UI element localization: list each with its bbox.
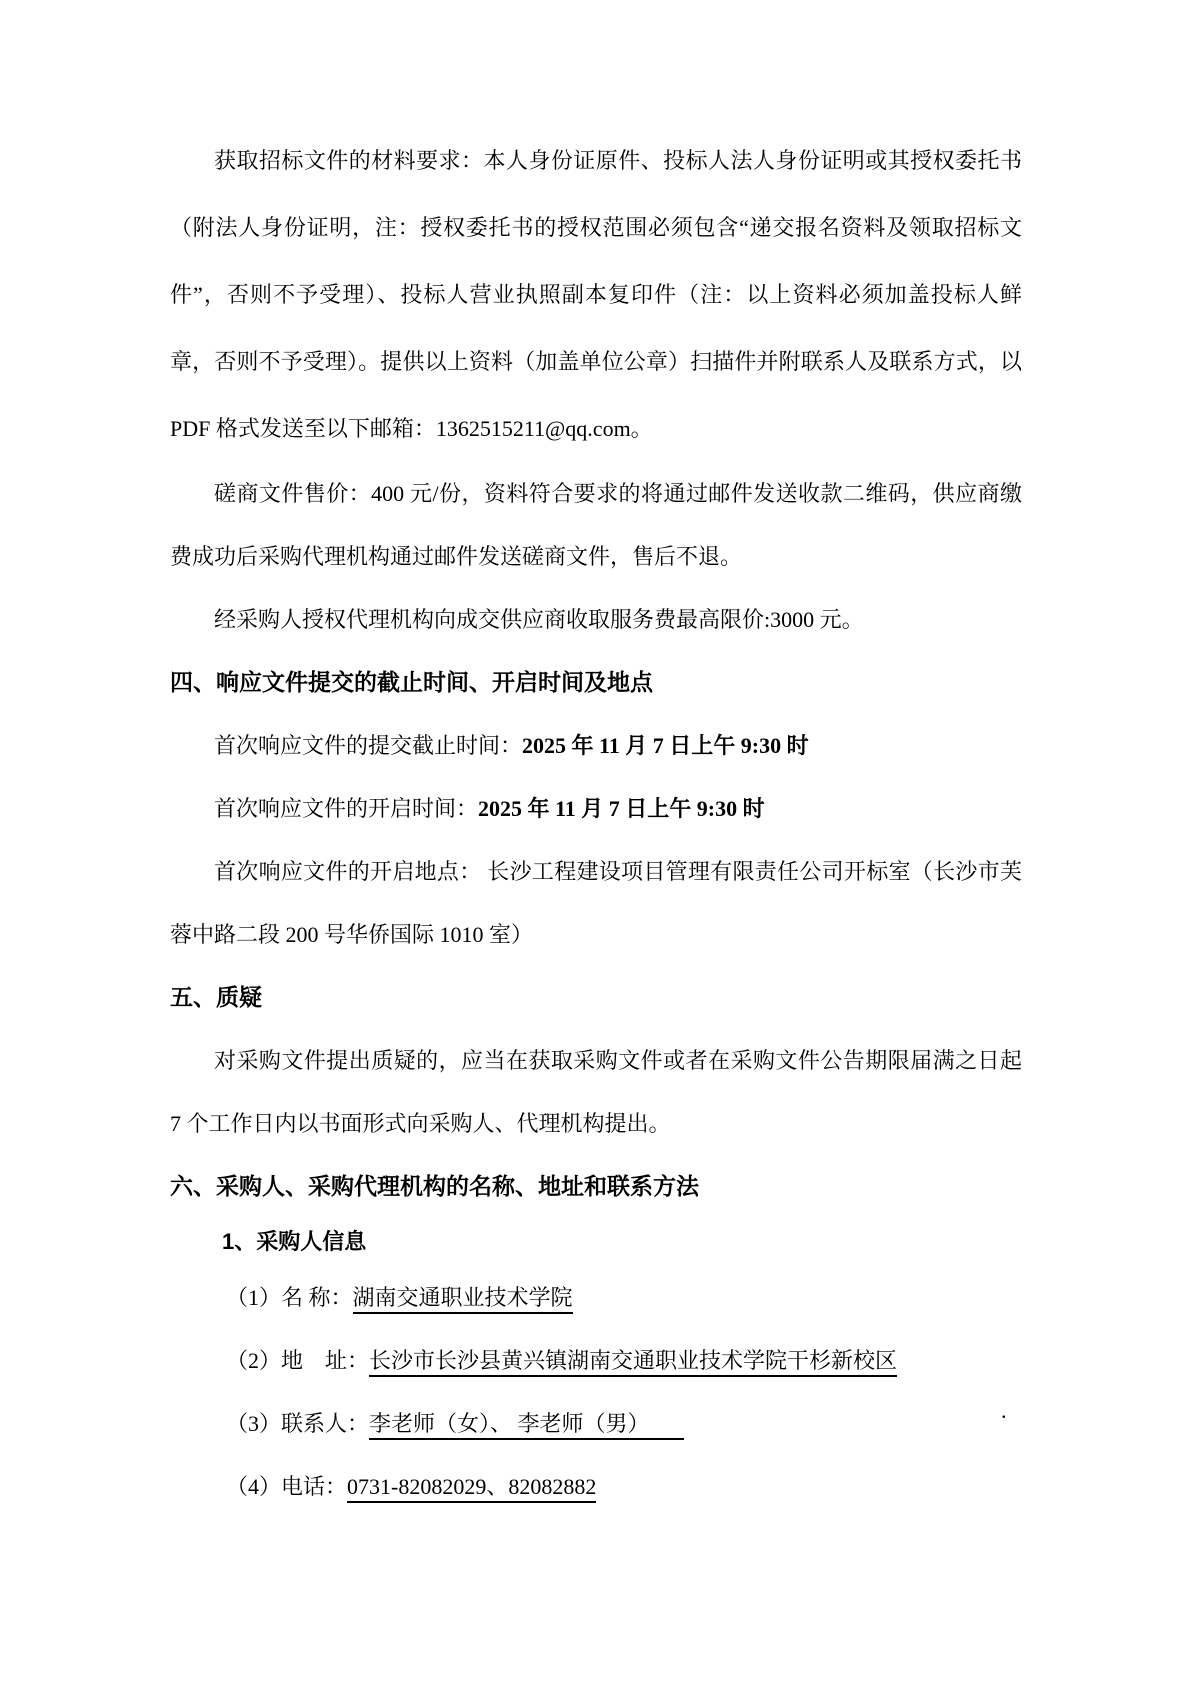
purchaser-name-line: （1）名 称：湖南交通职业技术学院	[226, 1266, 1022, 1329]
section6-heading: 六、采购人、采购代理机构的名称、地址和联系方法	[170, 1155, 1022, 1218]
paragraph-agency-service-fee: 经采购人授权代理机构向成交供应商收取服务费最高限价:3000 元。	[170, 588, 1022, 651]
submission-deadline-value: 2025 年 11 月 7 日上午 9:30 时	[522, 733, 809, 758]
opening-time-label: 首次响应文件的开启时间：	[214, 796, 478, 821]
purchaser-info-subheading: 1、采购人信息	[222, 1218, 1022, 1266]
submission-deadline-line: 首次响应文件的提交截止时间：2025 年 11 月 7 日上午 9:30 时	[170, 714, 1022, 777]
purchaser-contact-line: （3）联系人：李老师（女）、 李老师（男）	[226, 1392, 1022, 1455]
purchaser-phone-value: 0731-82082029、82082882	[347, 1474, 596, 1503]
purchaser-address-label: （2）地 址：	[226, 1348, 369, 1373]
purchaser-contact-label: （3）联系人：	[226, 1411, 369, 1436]
document-page: 获取招标文件的材料要求：本人身份证原件、投标人法人身份证明或其授权委托书（附法人…	[0, 0, 1191, 1684]
paragraph-consultation-doc-price: 磋商文件售价：400 元/份，资料符合要求的将通过邮件发送收款二维码，供应商缴费…	[170, 462, 1022, 588]
opening-time-value: 2025 年 11 月 7 日上午 9:30 时	[478, 796, 765, 821]
purchaser-name-label: （1）名 称：	[226, 1285, 353, 1310]
opening-place-line: 首次响应文件的开启地点： 长沙工程建设项目管理有限责任公司开标室（长沙市芙蓉中路…	[170, 840, 1022, 966]
purchaser-address-line: （2）地 址：长沙市长沙县黄兴镇湖南交通职业技术学院干杉新校区	[226, 1329, 1022, 1392]
submission-deadline-label: 首次响应文件的提交截止时间：	[214, 733, 522, 758]
section5-heading: 五、质疑	[170, 966, 1022, 1029]
purchaser-phone-label: （4）电话：	[226, 1474, 347, 1499]
opening-place-label: 首次响应文件的开启地点：	[214, 859, 487, 884]
paragraph-inquiry: 对采购文件提出质疑的，应当在获取采购文件或者在采购文件公告期限届满之日起 7 个…	[170, 1029, 1022, 1155]
section4-heading: 四、响应文件提交的截止时间、开启时间及地点	[170, 651, 1022, 714]
paragraph-material-requirements: 获取招标文件的材料要求：本人身份证原件、投标人法人身份证明或其授权委托书（附法人…	[170, 127, 1022, 462]
purchaser-name-value: 湖南交通职业技术学院	[353, 1285, 573, 1314]
purchaser-phone-line: （4）电话：0731-82082029、82082882	[226, 1455, 1022, 1518]
opening-time-line: 首次响应文件的开启时间：2025 年 11 月 7 日上午 9:30 时	[170, 777, 1022, 840]
purchaser-address-value: 长沙市长沙县黄兴镇湖南交通职业技术学院干杉新校区	[369, 1348, 897, 1377]
stray-period-mark: .	[1001, 1400, 1007, 1422]
purchaser-contact-value: 李老师（女）、 李老师（男）	[369, 1411, 684, 1440]
